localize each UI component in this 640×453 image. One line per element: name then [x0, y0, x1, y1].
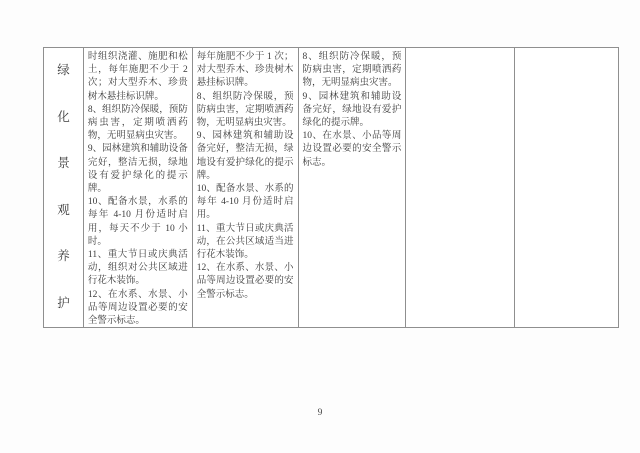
requirement-item: 11、重大节日或庆典活动，在公共区域适当进行花木装饰。 [197, 223, 294, 263]
page-number: 9 [0, 408, 640, 418]
requirement-item: 9、园林建筑和辅助设备完好，绿地设有爱护绿化的提示牌。 [303, 91, 402, 131]
table-cell-empty-2 [515, 48, 619, 327]
requirement-item: 10、在水景、小品等周边设置必要的安全警示标志。 [303, 130, 402, 170]
row-header-char: 养 [57, 246, 70, 264]
requirement-item: 12、在水系、水景、小品等周边设置必要的安全警示标志。 [197, 262, 294, 302]
requirement-item: 10、配备水景，水系的每年 4-10 月份适时启用，每天不少于 10 小时。 [88, 196, 188, 249]
document-page: 绿 化 景 观 养 护 时组织浇灌、施肥和松土，每年施肥不少于 2 次；对大型乔… [0, 0, 640, 453]
maintenance-table: 绿 化 景 观 养 护 时组织浇灌、施肥和松土，每年施肥不少于 2 次；对大型乔… [43, 47, 619, 328]
requirement-item: 10、配备水景、水系的每年 4-10 月份适时启用。 [197, 183, 294, 223]
requirement-item: 8、组织防冷保暖，预防病虫害，定期喷洒药物，无明显病虫灾害。 [88, 104, 188, 144]
requirement-item: 时组织浇灌、施肥和松土，每年施肥不少于 2 次；对大型乔木、珍贵树木悬挂标识牌。 [88, 51, 188, 104]
requirement-item: 12、在水系、水景、小品等周边设置必要的安全警示标志。 [88, 289, 188, 327]
requirement-item: 8、组织防冷保暖，预防病虫害，定期喷洒药物，无明显病虫灾害。 [303, 51, 402, 91]
row-header-char: 景 [57, 153, 70, 171]
table-cell-requirements-1: 时组织浇灌、施肥和松土，每年施肥不少于 2 次；对大型乔木、珍贵树木悬挂标识牌。… [84, 48, 193, 327]
requirement-item: 9、园林建筑和辅助设备完好，整洁无损，绿地设有爱护绿化的提示牌。 [197, 130, 294, 183]
row-header-char: 绿 [57, 60, 70, 78]
row-header-cell: 绿 化 景 观 养 护 [44, 48, 84, 327]
row-header-char: 观 [57, 200, 70, 218]
table-cell-requirements-2: 每年施肥不少于 1 次；对大型乔木、珍贵树木悬挂标识牌。 8、组织防冷保暖，预防… [193, 48, 299, 327]
requirement-item: 8、组织防冷保暖，预防病虫害，定期喷洒药物，无明显病虫灾害。 [197, 91, 294, 131]
row-header-char: 护 [57, 293, 70, 311]
requirement-item: 9、园林建筑和辅助设备完好，整洁无损，绿地设有爱护绿化的提示牌。 [88, 143, 188, 196]
row-header-char: 化 [57, 107, 70, 125]
requirement-item: 11、重大节日或庆典活动，组织对公共区域进行花木装饰。 [88, 249, 188, 289]
requirement-item: 每年施肥不少于 1 次；对大型乔木、珍贵树木悬挂标识牌。 [197, 51, 294, 91]
table-cell-empty-1 [406, 48, 515, 327]
table-cell-requirements-3: 8、组织防冷保暖，预防病虫害，定期喷洒药物，无明显病虫灾害。 9、园林建筑和辅助… [299, 48, 407, 327]
